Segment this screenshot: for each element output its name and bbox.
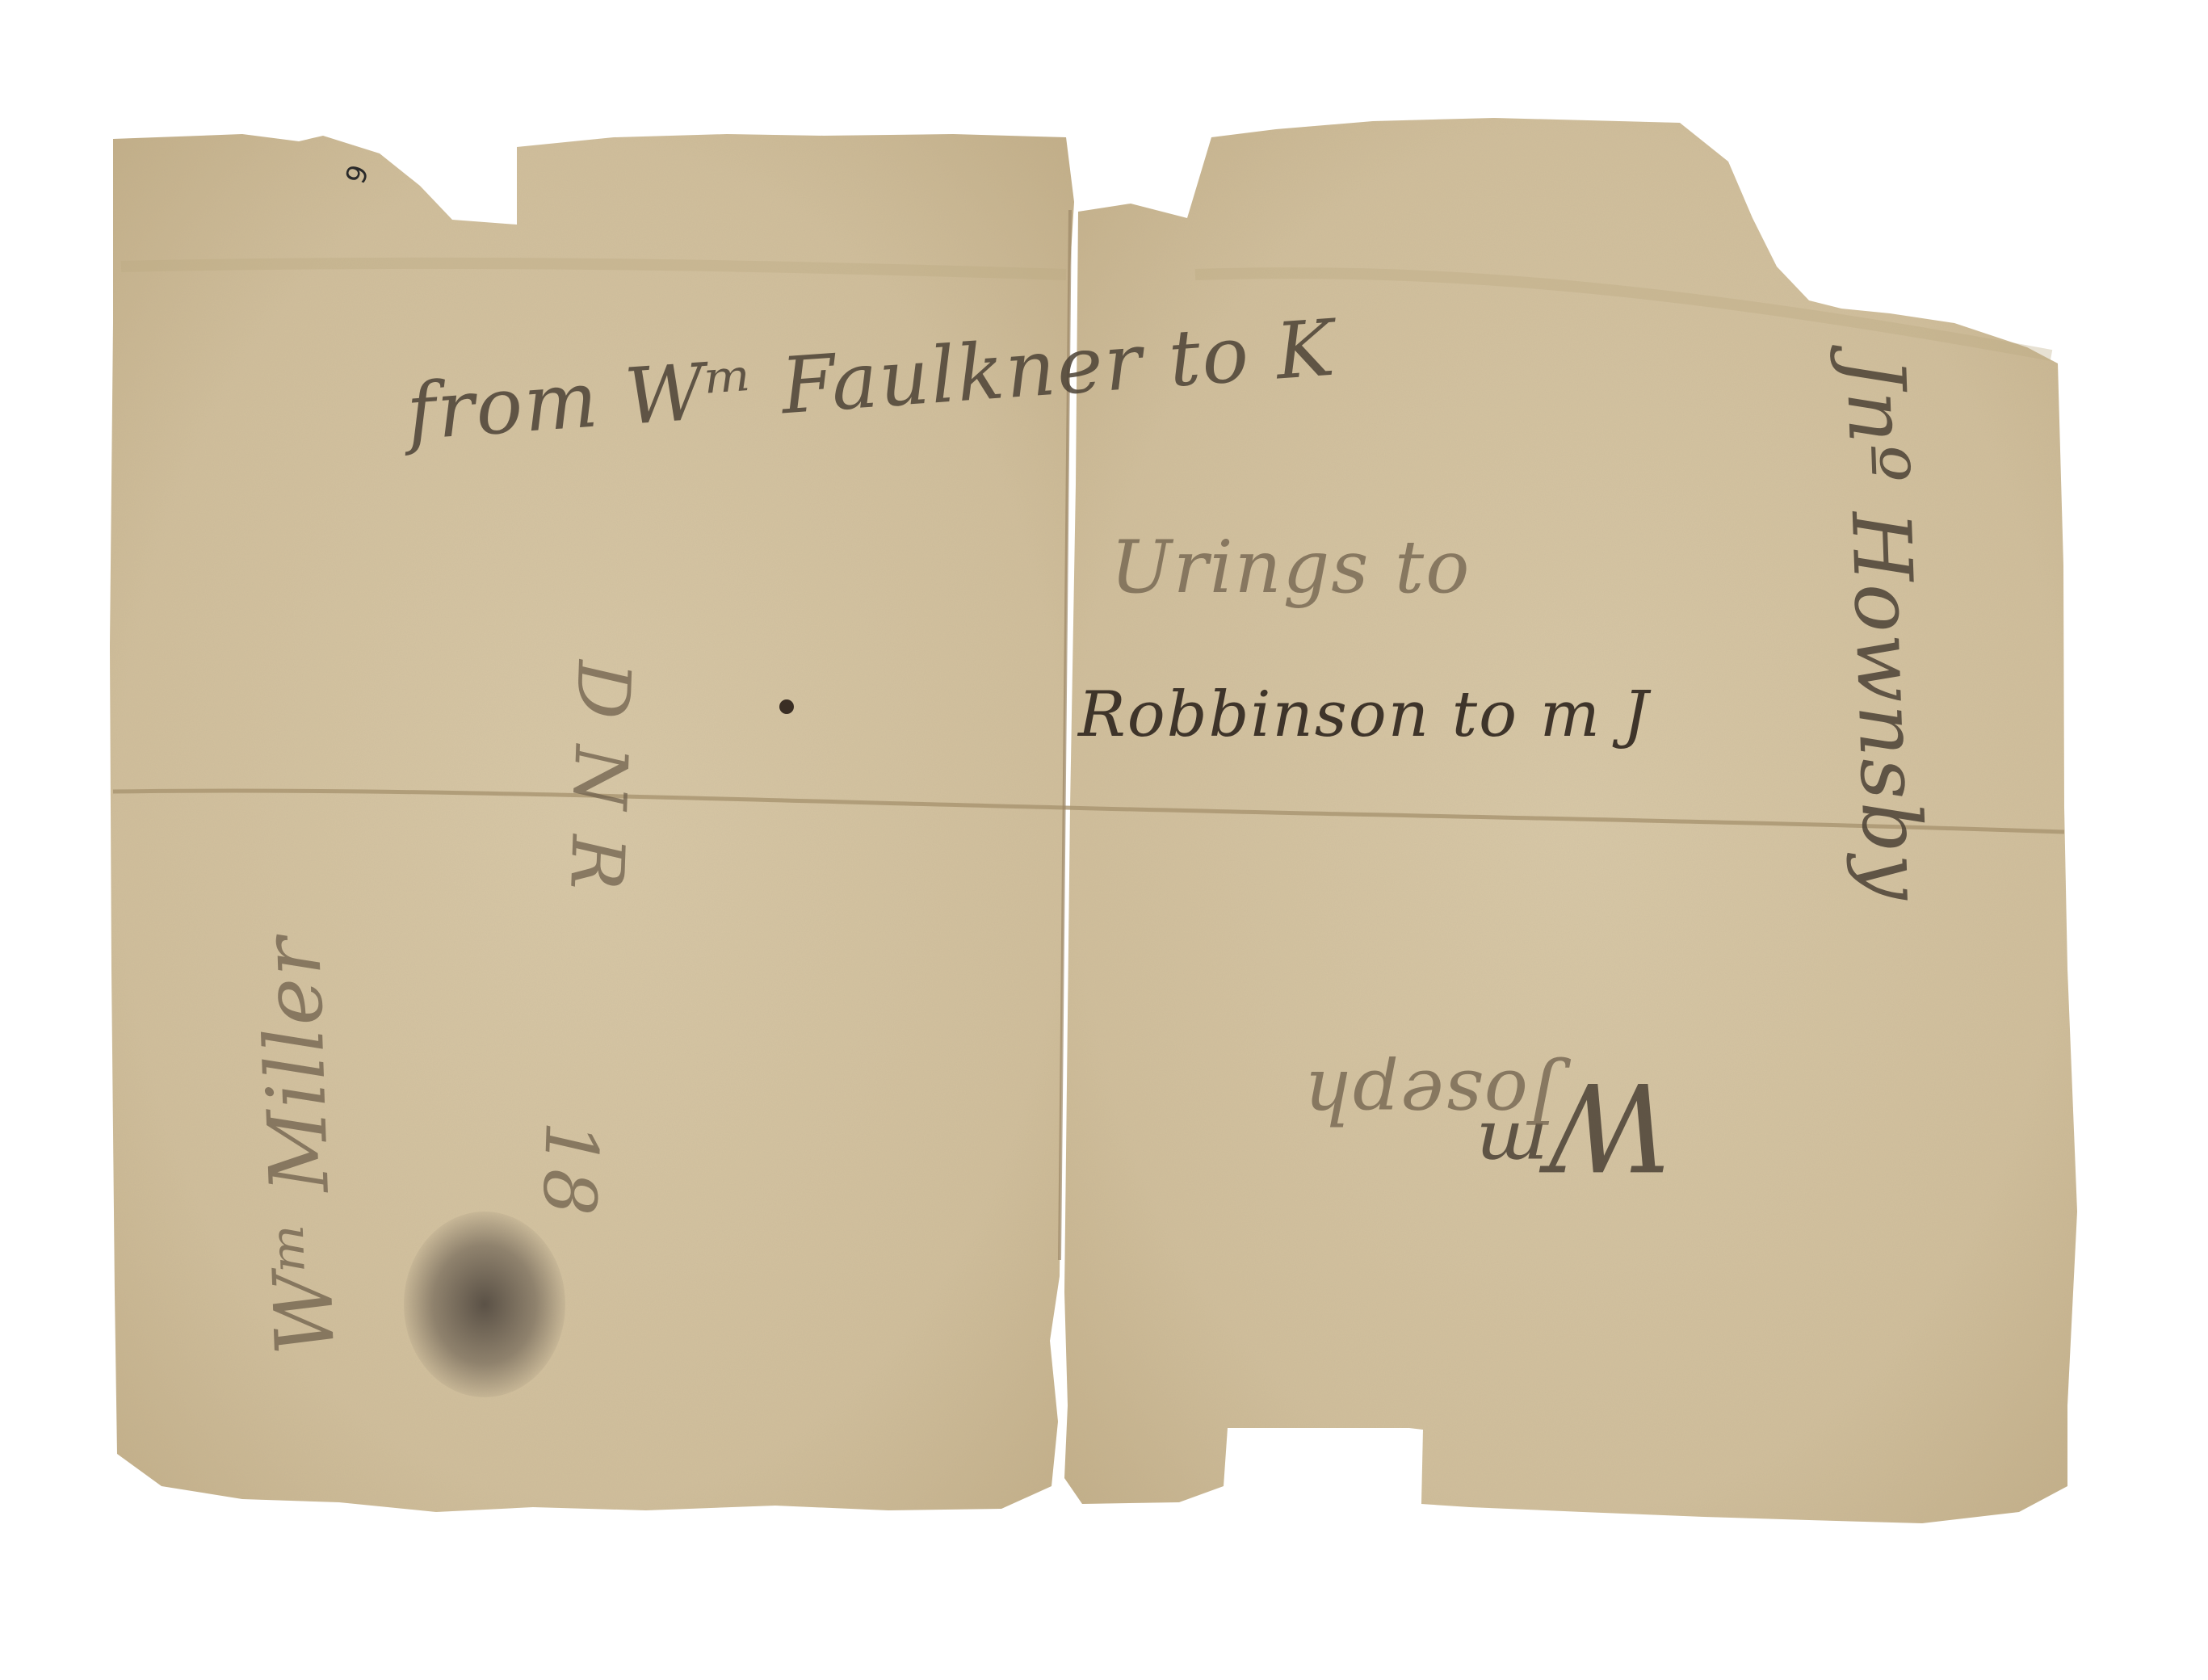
inscription-left-vertical-dnr: D N R [553, 659, 646, 892]
inscription-left-vertical-number: 18 [526, 1119, 614, 1218]
inscription-robbinson: Robbinson to m J [1078, 678, 1650, 751]
inscription-right-vertical-signature: Jnº Hownsby [1828, 355, 1941, 903]
ink-stain [404, 1212, 565, 1397]
scanned-document: 9 from Wᵐ Faulkner to K Urings to Robbin… [0, 0, 2208, 1680]
ink-dot [779, 699, 794, 714]
inscription-faint-line: Urings to [1110, 525, 1471, 610]
inscription-left-vertical-miller: Wᵐ Miller [244, 934, 353, 1357]
inscription-inverted-joseph: Joseph [1303, 1054, 1559, 1139]
